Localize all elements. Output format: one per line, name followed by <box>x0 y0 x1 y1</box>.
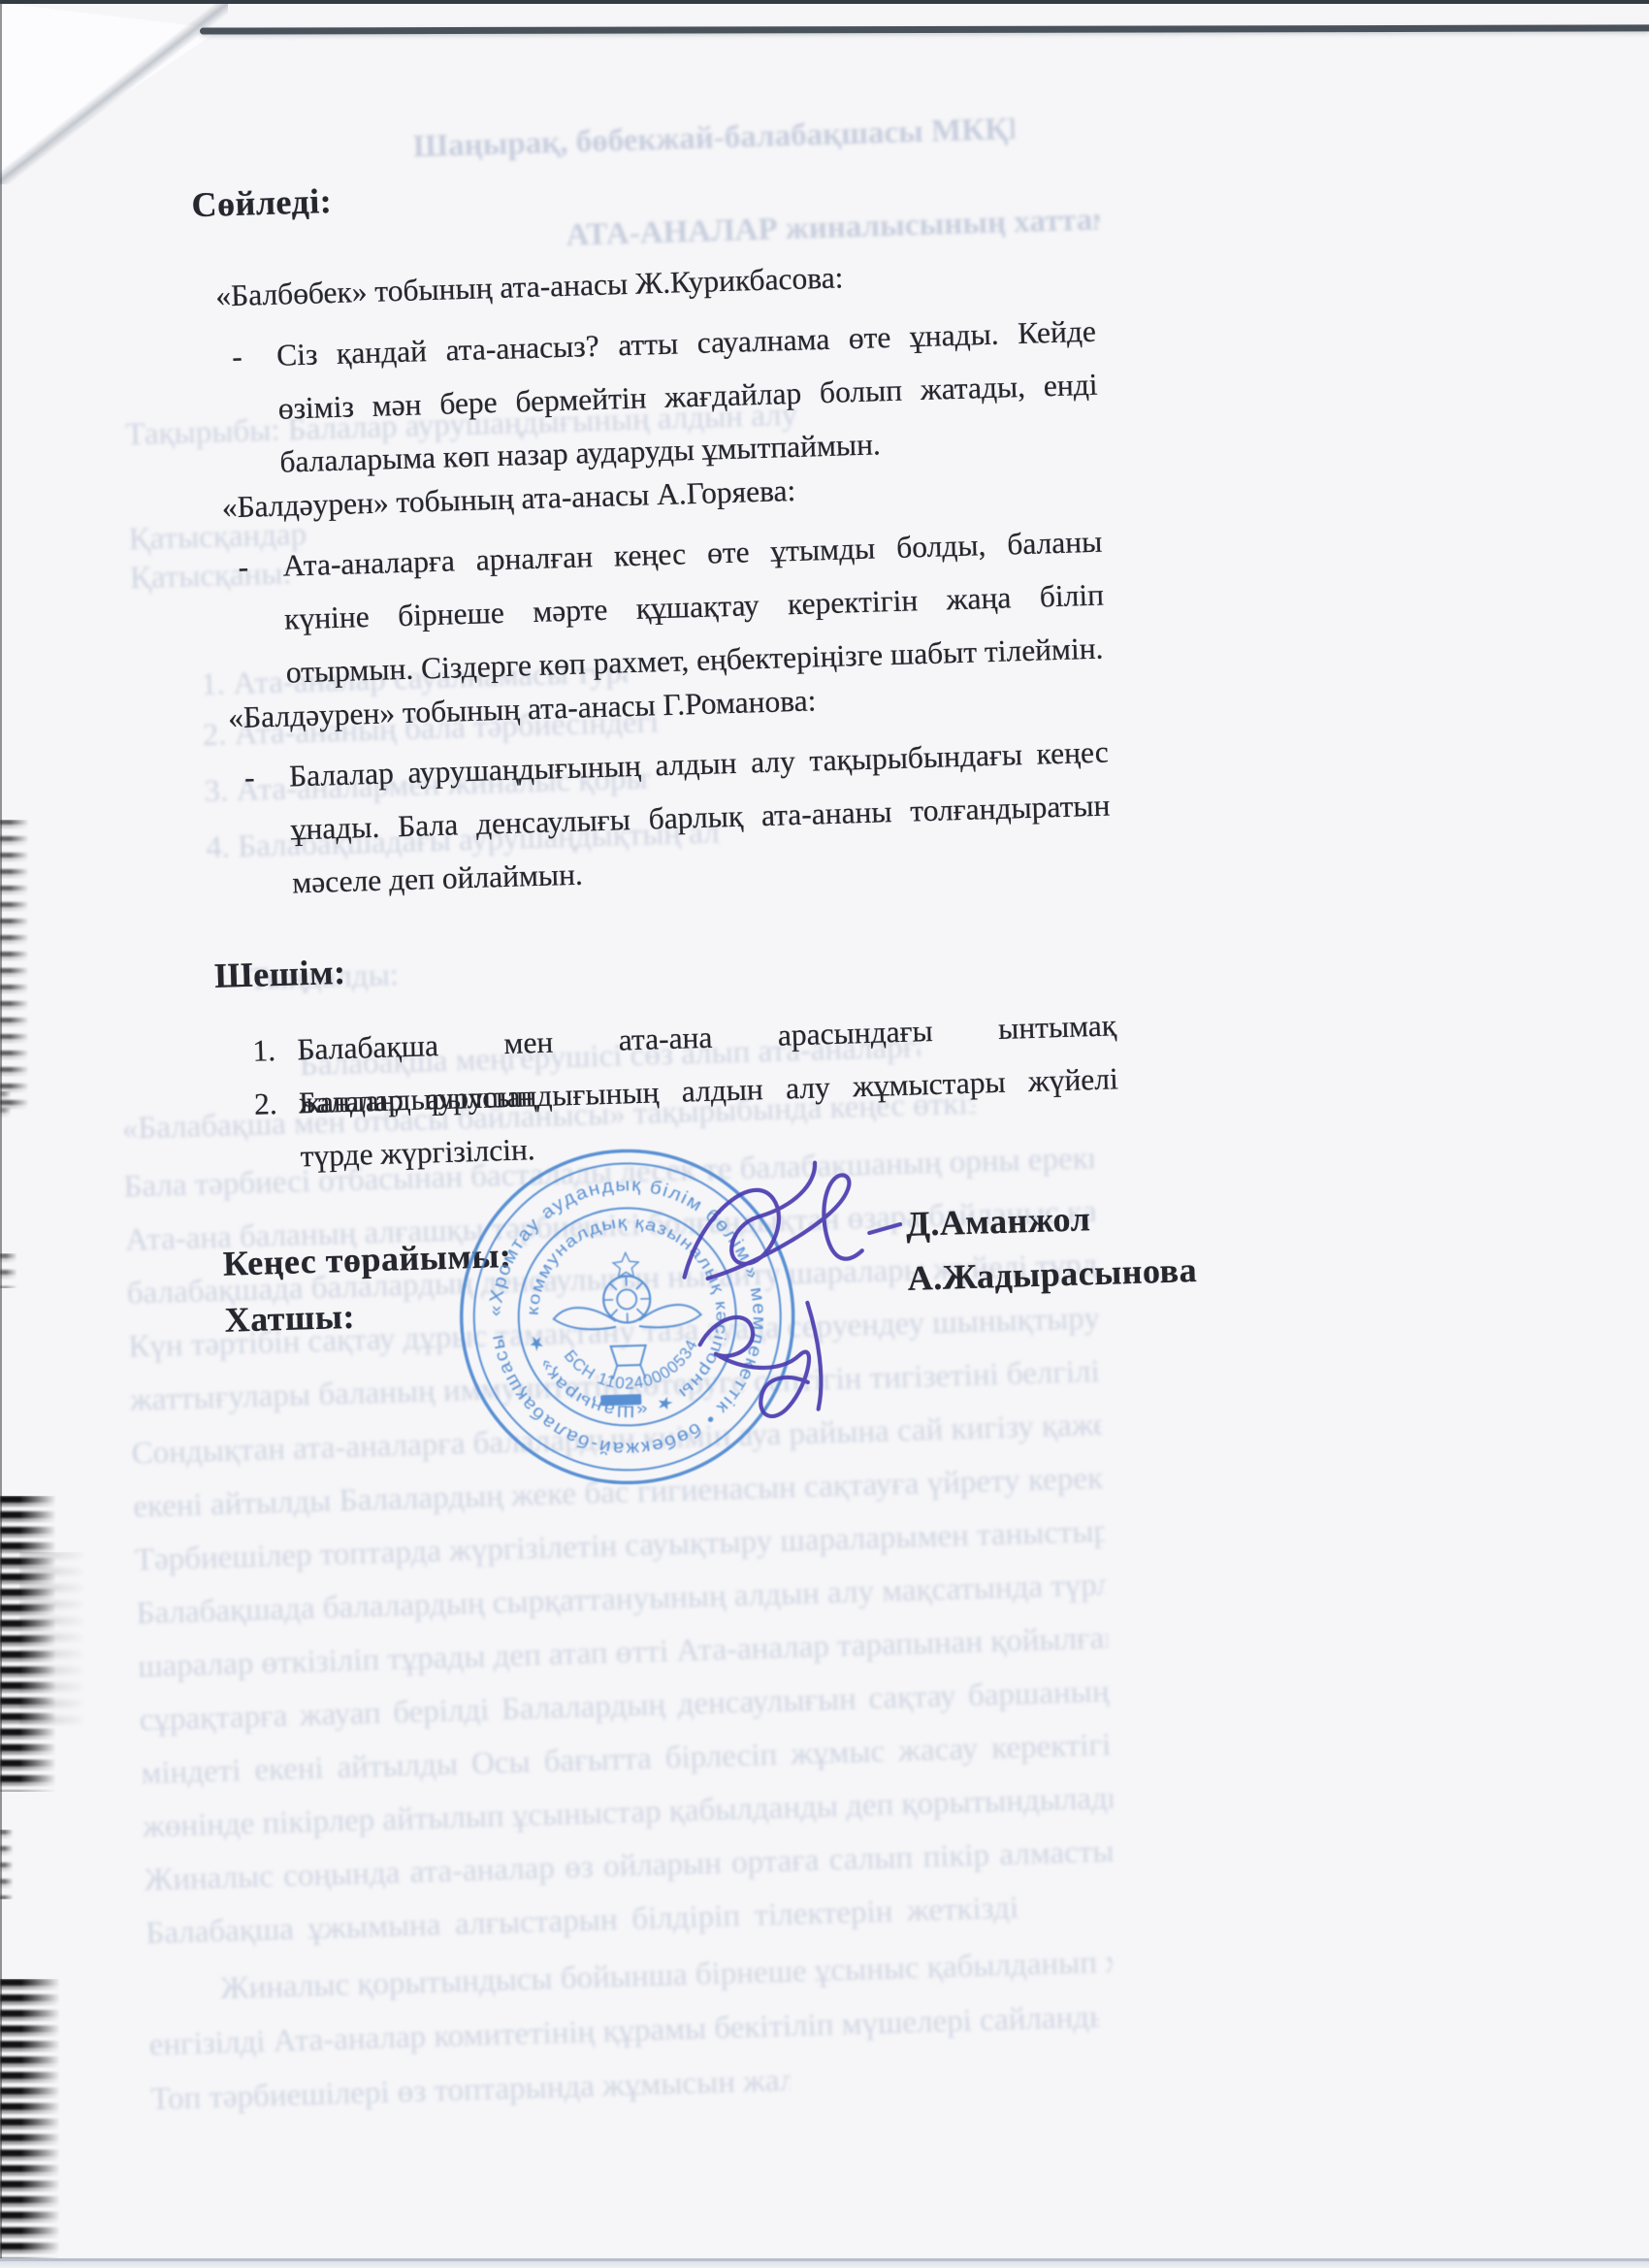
showthrough-line: Шаңырақ, бөбекжай-балабақшасы МКҚК <box>412 112 1015 170</box>
scanned-document-page: Шаңырақ, бөбекжай-балабақшасы МКҚК АТА-А… <box>0 0 1649 2268</box>
showthrough-line: Жиналыс қорытындысы бойынша бірнеше ұсын… <box>220 1945 1114 2012</box>
speeches-heading: Сөйледі: <box>191 180 333 225</box>
speaker-line: «Балбөбек» тобының ата-анасы Ж.Курикбасо… <box>215 260 844 313</box>
secretary-label: Хатшы: <box>224 1296 355 1341</box>
chair-name: Д.Аманжол <box>905 1198 1090 1245</box>
page-content-layer: Шаңырақ, бөбекжай-балабақшасы МКҚК АТА-А… <box>0 0 1649 2268</box>
dash-bullet: - <box>238 539 287 700</box>
binding-smudge <box>0 1830 14 1899</box>
decision-heading: Шешім: <box>213 952 346 996</box>
list-number: 2. <box>253 1076 301 1183</box>
secretary-name: А.Жадырасынова <box>907 1249 1198 1299</box>
showthrough-line: Балабақша ұжымына алғыстарын білдіріп ті… <box>145 1891 1019 1958</box>
handwritten-signature <box>660 1149 910 1437</box>
speech-paragraph: - Сіз қандай ата-анасыз? атты сауалнама … <box>231 305 1100 490</box>
dash-bullet: - <box>231 329 280 490</box>
speech-text: Сіз қандай ата-анасыз? атты сауалнама өт… <box>275 305 1100 489</box>
speech-paragraph: - Балалар аурушаңдығының алдын алу тақыр… <box>243 725 1113 910</box>
speech-text: Балалар аурушаңдығының алдын алу тақырыб… <box>288 725 1113 909</box>
showthrough-line: Топ тәрбиешілері өз топтарында жұмысын ж… <box>150 2063 792 2123</box>
showthrough-line: АТА-АНАЛАР жиналысының хаттамасы <box>566 203 1100 259</box>
speech-text: Ата-аналарға арналған кеңес өте ұтымды б… <box>282 515 1107 699</box>
dash-bullet: - <box>243 750 293 911</box>
speech-paragraph: - Ата-аналарға арналған кеңес өте ұтымды… <box>238 515 1107 700</box>
stamp-bottom-bar <box>600 1394 641 1406</box>
